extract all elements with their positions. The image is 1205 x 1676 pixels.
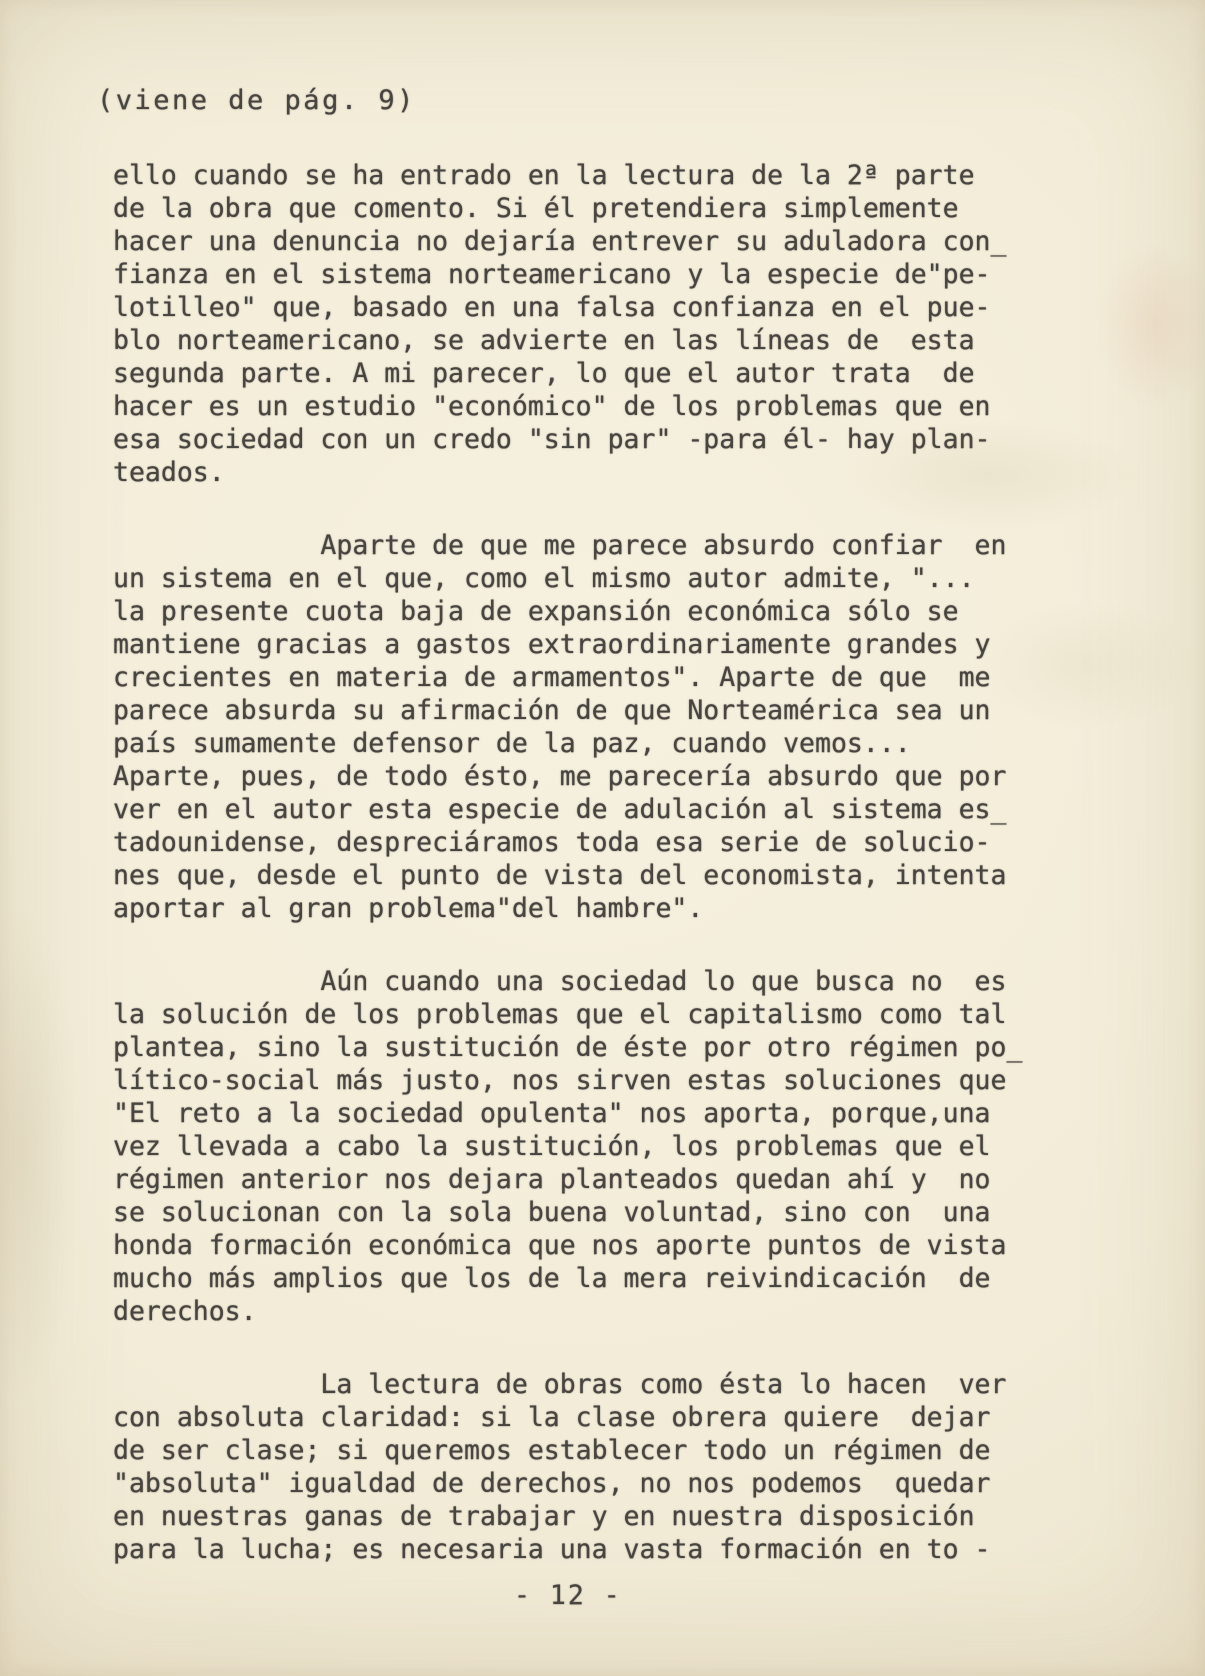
page-body: ello cuando se ha entrado en la lectura …: [0, 159, 1205, 1566]
paragraph-3: Aún cuando una sociedad lo que busca no …: [113, 965, 1205, 1328]
continuation-note: (viene de pág. 9): [0, 0, 1205, 117]
typewritten-page: (viene de pág. 9) ello cuando se ha entr…: [0, 0, 1205, 1676]
paragraph-2: Aparte de que me parece absurdo confiar …: [113, 529, 1205, 925]
paragraph-1: ello cuando se ha entrado en la lectura …: [113, 159, 1205, 489]
page-number: - 12 -: [0, 1579, 1205, 1612]
paragraph-4: La lectura de obras como ésta lo hacen v…: [113, 1368, 1205, 1566]
